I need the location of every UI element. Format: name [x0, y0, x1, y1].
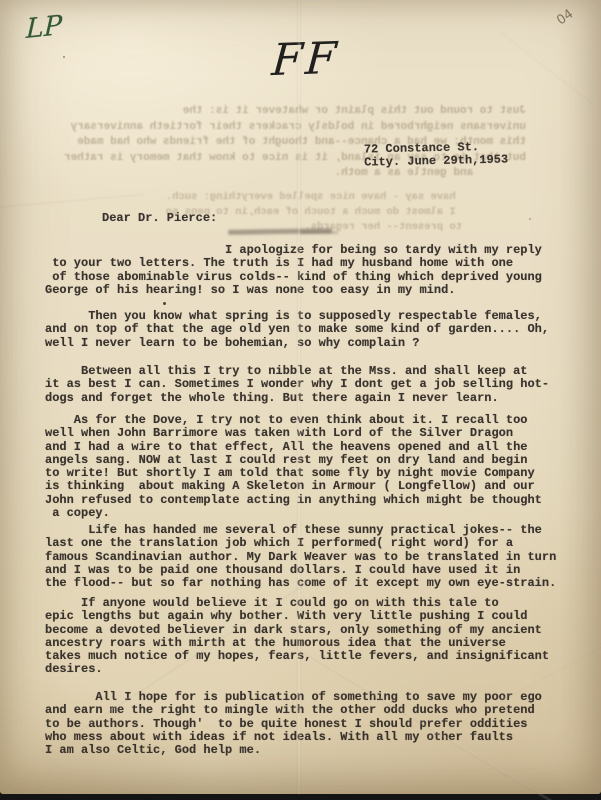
ink-speck	[63, 56, 65, 58]
handwritten-initials-lp: LP	[26, 10, 63, 45]
paragraph-apology: I apologize for being so tardy with my r…	[45, 244, 542, 297]
salutation: Dear Dr. Pierce:	[102, 212, 217, 225]
photo-background: Just to round out this plaint or whateve…	[0, 0, 601, 800]
paragraph-dove: As for the Dove, I try not to even think…	[45, 414, 542, 520]
crease-top-right	[499, 30, 595, 105]
ink-smudge-tail	[300, 231, 338, 234]
vertical-fold-crease	[297, 0, 301, 794]
pencil-corner-number: 04	[554, 7, 576, 29]
paragraph-publication: All I hope for is publication of somethi…	[45, 691, 542, 757]
handwritten-mark-ff: FF	[270, 33, 341, 86]
letter-page: Just to round out this plaint or whateve…	[0, 0, 601, 794]
ink-speck	[529, 218, 531, 220]
sender-address-date: 72 Constance St. City. June 29th,1953	[364, 140, 509, 168]
ink-speck	[163, 302, 166, 305]
crease-top-left	[0, 193, 144, 208]
